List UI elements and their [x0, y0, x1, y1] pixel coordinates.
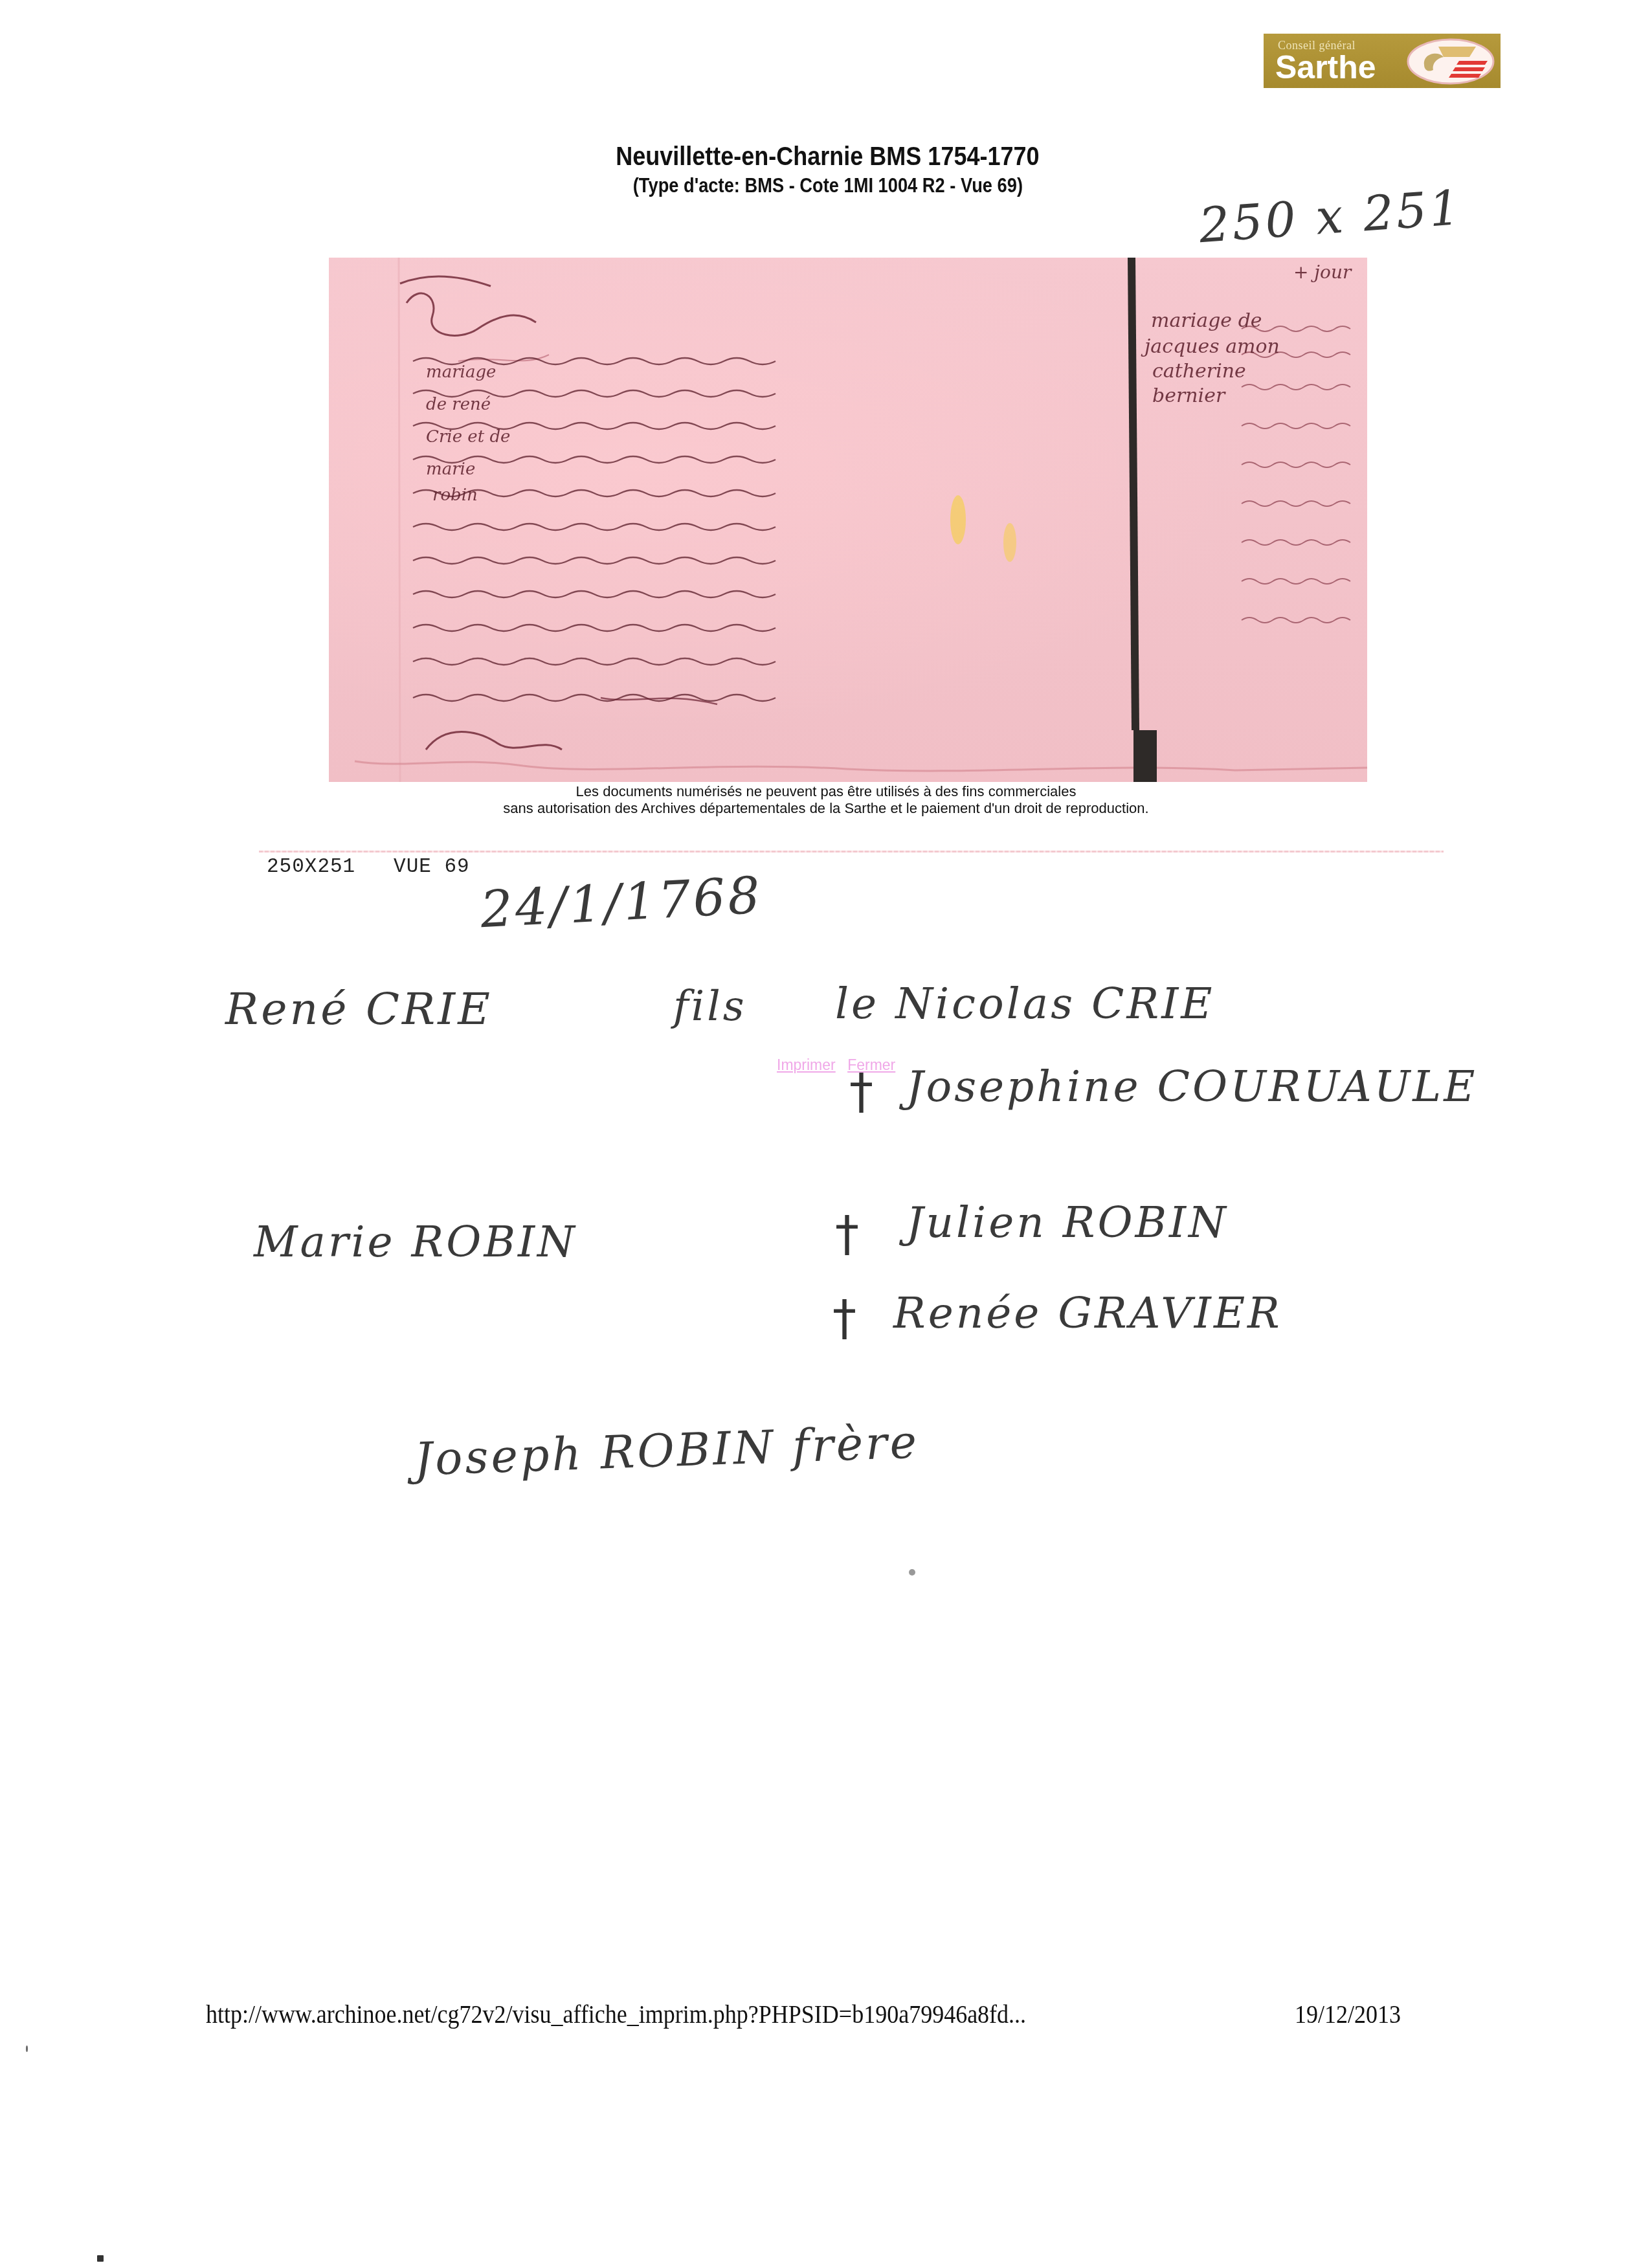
margin-note: bernier: [1152, 385, 1225, 407]
margin-note: mariage de: [1151, 309, 1262, 332]
margin-note: + jour: [1293, 262, 1351, 283]
page-title: Neuvillette-en-Charnie BMS 1754-1770: [84, 141, 1571, 172]
bride-father: Julien ROBIN: [906, 1198, 1229, 1247]
reference-label: 250X251 VUE 69: [267, 856, 470, 878]
relation-label: fils: [673, 983, 746, 1031]
disclaimer-line-1: Les documents numérisés ne peuvent pas ê…: [0, 783, 1652, 800]
margin-note: catherine: [1152, 360, 1246, 383]
margin-note: mariage: [426, 362, 496, 382]
margin-note: robin: [432, 485, 478, 505]
print-link[interactable]: Imprimer: [777, 1056, 836, 1073]
parchment-scan-image: mariage de rené Crie et de marie robin +…: [329, 258, 1367, 782]
scan-speck: [26, 2046, 28, 2052]
margin-note: jacques amon: [1144, 335, 1280, 358]
handwritten-date: 24/1/1768: [479, 867, 764, 940]
source-url[interactable]: http://www.archinoe.net/cg72v2/visu_affi…: [206, 1999, 1026, 2029]
margin-note: marie: [426, 460, 475, 479]
margin-note: Crie et de: [426, 427, 510, 447]
sarthe-emblem-icon: [1405, 38, 1497, 85]
sarthe-logo: Conseil général Sarthe: [1264, 34, 1501, 88]
bride-name: Marie ROBIN: [254, 1217, 577, 1267]
disclaimer-line-2: sans autorisation des Archives départeme…: [0, 800, 1652, 817]
logo-name: Sarthe: [1275, 50, 1376, 84]
scan-speck: [97, 2255, 104, 2262]
groom-father: le Nicolas CRIE: [835, 979, 1214, 1029]
print-controls: Imprimer Fermer: [777, 1056, 903, 1074]
scan-speck: [909, 1569, 915, 1576]
print-date: 19/12/2013: [1295, 1999, 1401, 2029]
bride-mother: Renée GRAVIER: [893, 1288, 1282, 1338]
groom-name: René CRIE: [225, 984, 493, 1035]
deceased-marker-icon: †: [835, 1210, 859, 1258]
margin-note: de rené: [426, 395, 491, 414]
deceased-marker-icon: †: [849, 1068, 873, 1116]
separator-line: [259, 851, 1444, 853]
witness-name: Joseph ROBIN frère: [414, 1415, 920, 1486]
deceased-marker-icon: †: [832, 1295, 856, 1343]
groom-mother: Josephine COURUAULE: [906, 1062, 1477, 1111]
